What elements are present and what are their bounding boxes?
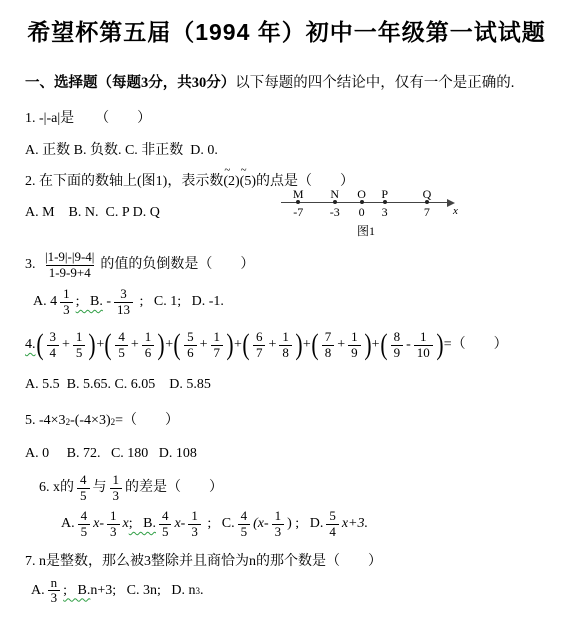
question-7: 7. n是整数，那么被3整除并且商恰为n的那个数是（ ） xyxy=(25,554,548,571)
section-heading: 一、选择题（每题3分，共30分）以下每题的四个结论中，仅有一个是正确的. xyxy=(25,75,548,92)
question-2-prefix: 2. 在下面的数轴上(图1)，表示数 xyxy=(25,174,223,189)
section-heading-text: 以下每题的四个结论中，仅有一个是正确的. xyxy=(235,75,514,91)
axis-point-value: 0 xyxy=(359,205,365,220)
question-4: 4.(34+15)+(45+16)+(56+17)+(67+18)+(78+19… xyxy=(25,330,548,361)
axis-line xyxy=(281,202,449,203)
number-line-figure: xM-7N-3O0P3Q7 图1 xyxy=(281,190,473,239)
question-2-block: 2. 在下面的数轴上(图1)，表示数~(2)~(5)的点是（ ） A. M B.… xyxy=(25,174,548,236)
annotated-number-2: ~(5) xyxy=(240,174,256,191)
tilde-mark: ~ xyxy=(224,165,230,176)
number-line-axis: xM-7N-3O0P3Q7 xyxy=(281,190,473,219)
question-7-answers: A.n3; B.n+3; C. 3n; D. n3. xyxy=(25,576,548,607)
question-4-answers: A. 5.5 B. 5.65. C. 6.05 D. 5.85 xyxy=(25,377,548,394)
axis-point-dot xyxy=(425,200,429,204)
tilde-mark: ~ xyxy=(241,165,247,176)
question-2: 2. 在下面的数轴上(图1)，表示数~(2)~(5)的点是（ ） xyxy=(25,174,548,191)
axis-point-dot xyxy=(383,200,387,204)
question-5-answers: A. 0 B. 72. C. 180 D. 108 xyxy=(25,446,548,463)
question-1: 1. -|-a|是 （ ） xyxy=(25,111,548,128)
axis-point-value: 3 xyxy=(382,205,388,220)
axis-point-value: 7 xyxy=(424,205,430,220)
page-title: 希望杯第五届（1994 年）初中一年级第一试试题 xyxy=(25,14,548,47)
annotated-number-1: ~(2) xyxy=(223,174,239,191)
figure-caption: 图1 xyxy=(281,222,451,239)
question-5: 5. -4×32-(-4×3)2=（ ） xyxy=(25,413,548,430)
axis-label: x xyxy=(453,205,458,217)
question-3-answers: A. 413; B. -313 ; C. 1; D. -1. xyxy=(25,287,548,318)
exam-document: 希望杯第五届（1994 年）初中一年级第一试试题 一、选择题（每题3分，共30分… xyxy=(0,0,562,606)
section-heading-bold: 一、选择题（每题3分，共30分） xyxy=(25,75,235,91)
axis-point-dot xyxy=(296,200,300,204)
question-6: 6. x的45与13的差是（ ） xyxy=(25,473,548,504)
axis-point-dot xyxy=(333,200,337,204)
axis-point-dot xyxy=(360,200,364,204)
question-6-answers: A.45x-13x; B.45x-13 ; C.45(x-13) ; D.54x… xyxy=(25,509,548,540)
annotated-number-2-text: (5) xyxy=(240,174,256,189)
question-1-answers: A. 正数 B. 负数. C. 非正数 D. 0. xyxy=(25,143,548,160)
question-3: 3. |1-9|-|9-4|1-9-9+4的值的负倒数是（ ） xyxy=(25,250,548,281)
axis-point-value: -3 xyxy=(330,205,340,220)
axis-point-value: -7 xyxy=(293,205,303,220)
annotated-number-1-text: (2) xyxy=(223,174,239,189)
